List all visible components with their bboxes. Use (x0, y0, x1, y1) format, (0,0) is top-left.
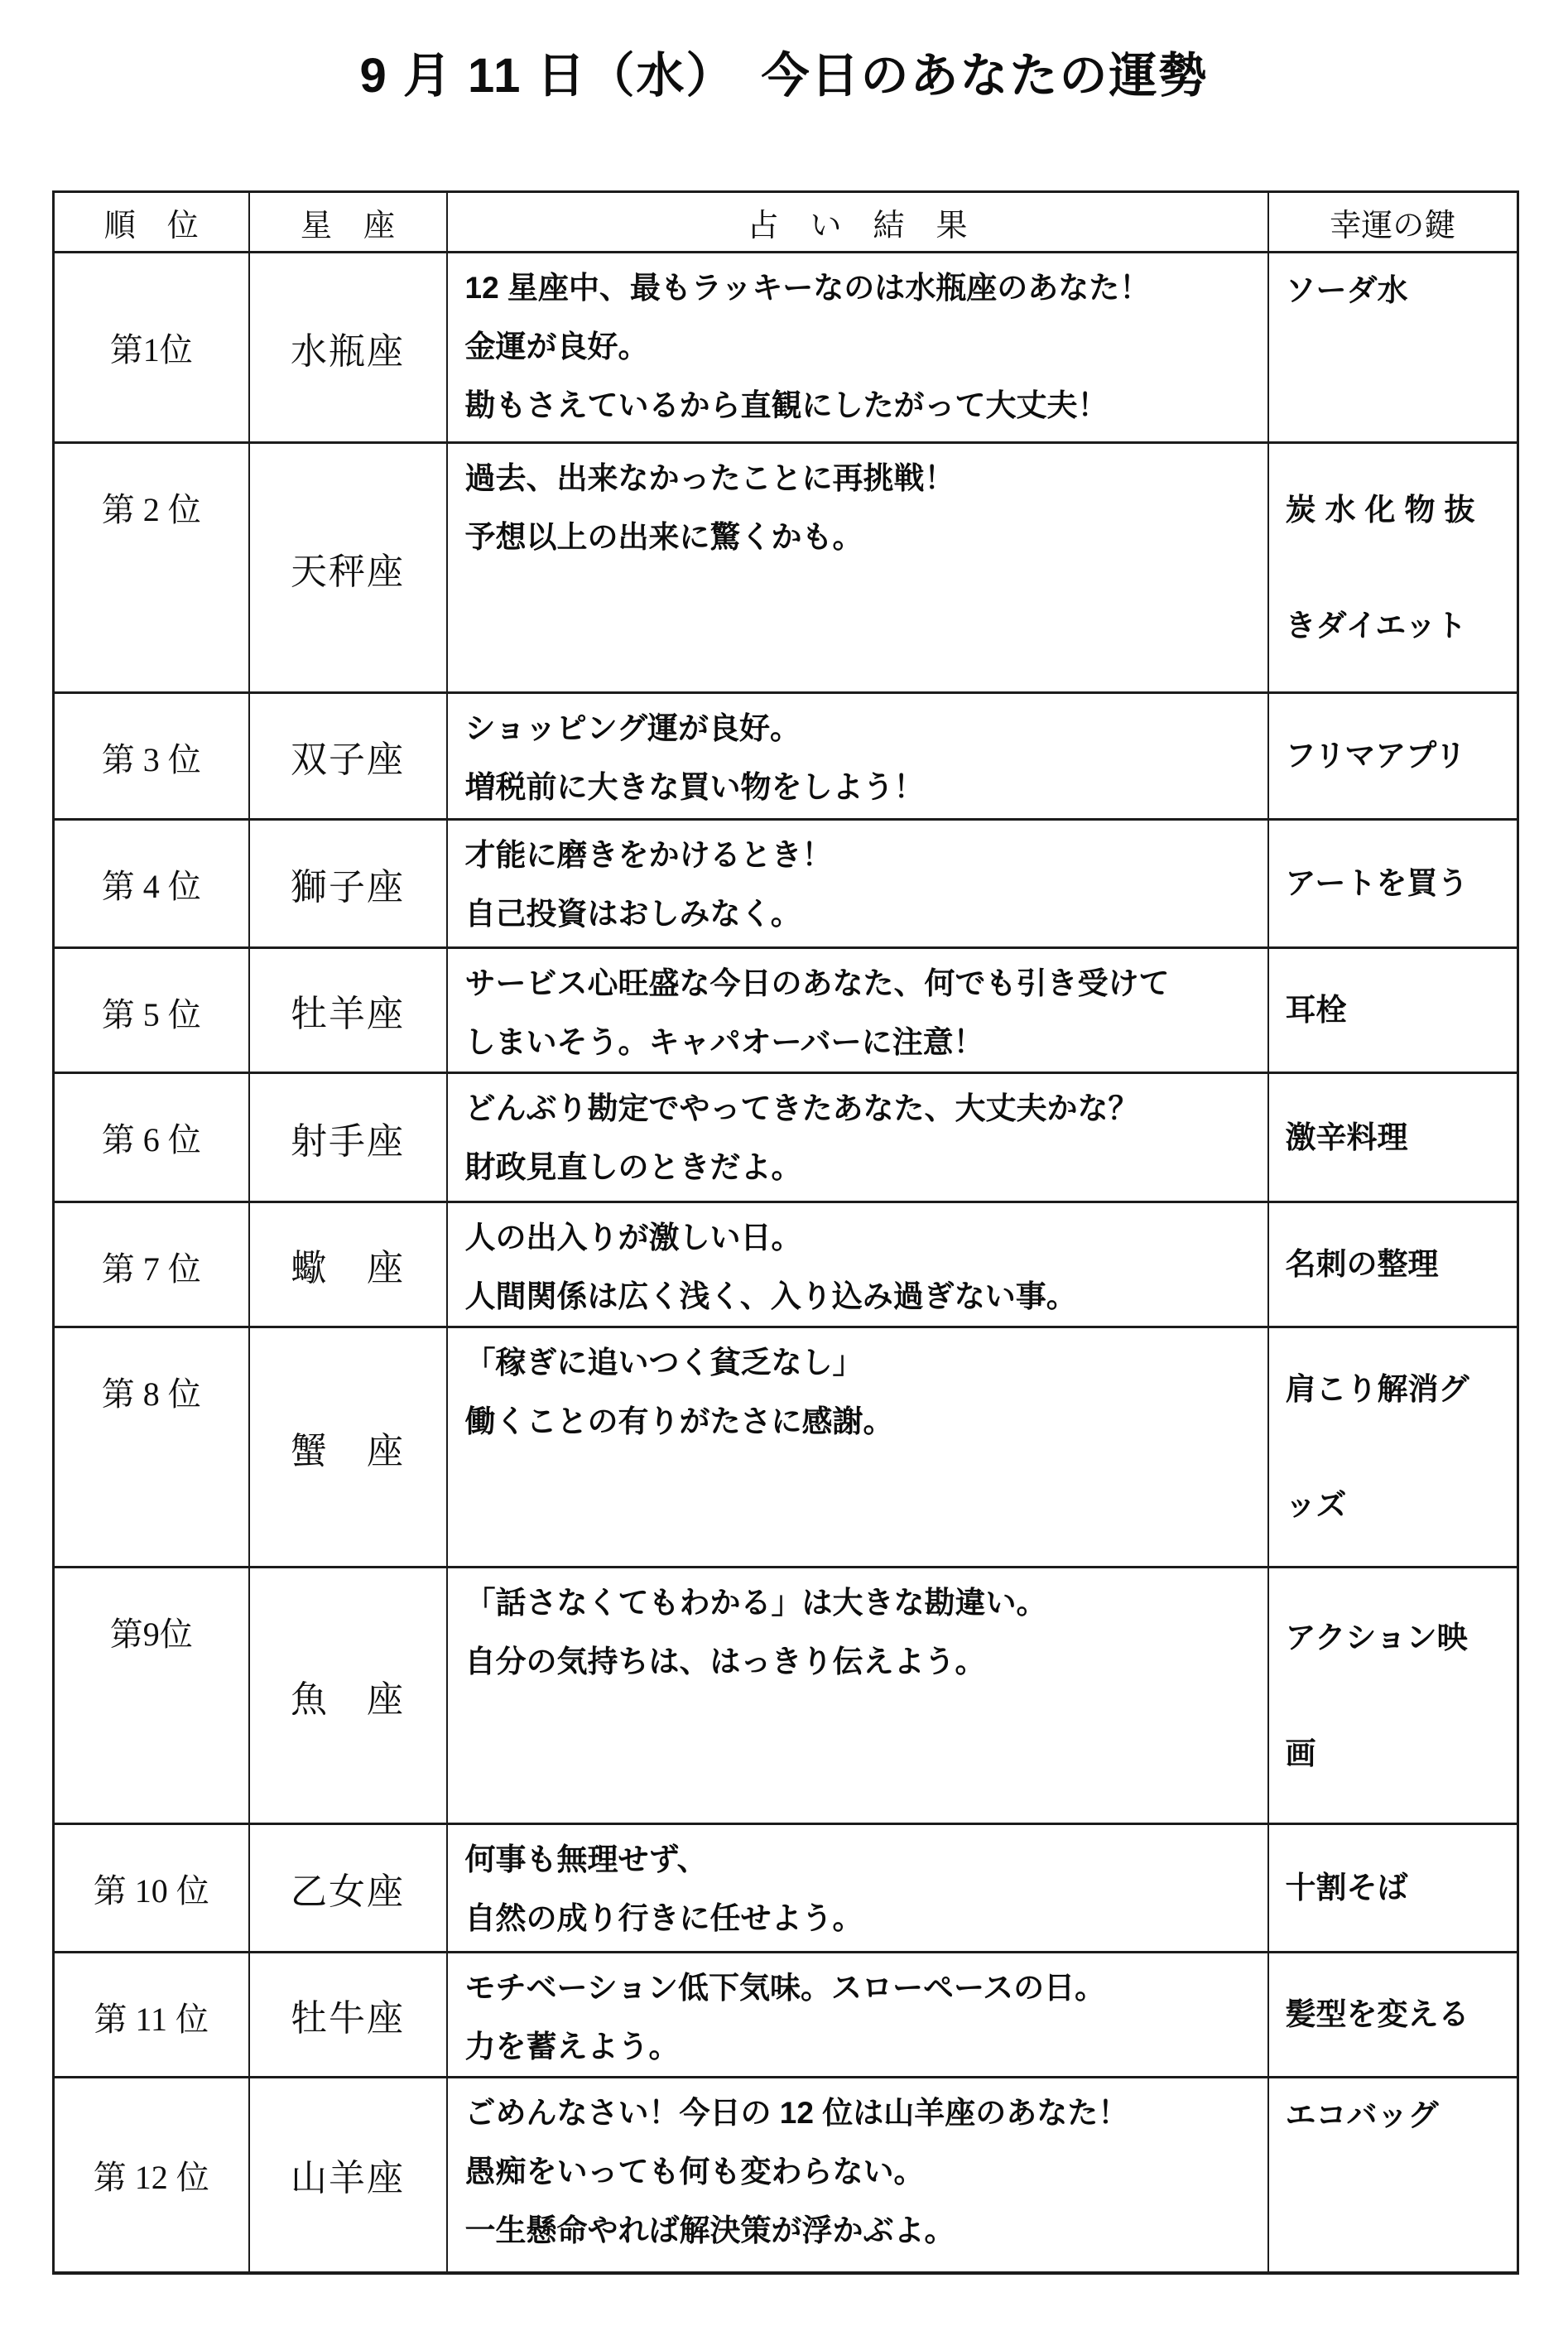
lucky-cell: 髪型を変える (1268, 1953, 1518, 2078)
table-row: 第 2 位 天秤座 過去、出来なかったことに再挑戦！予想以上の出来に驚くかも。 … (54, 443, 1518, 693)
sign-cell: 射手座 (249, 1073, 447, 1202)
fortune-line: 愚痴をいっても何も変わらない。 (465, 2142, 1261, 2201)
rank-cell: 第 11 位 (54, 1953, 249, 2078)
fortune-line: 自然の成り行きに任せよう。 (465, 1889, 1261, 1948)
header-sign: 星 座 (249, 192, 447, 253)
sign-cell: 獅子座 (249, 820, 447, 948)
lucky-line: ソーダ水 (1286, 270, 1513, 311)
table-row: 第 10 位 乙女座 何事も無理せず、自然の成り行きに任せよう。 十割そば (54, 1824, 1518, 1953)
fortune-line: 「稼ぎに追いつく貧乏なし」 (465, 1333, 1261, 1392)
page-title: 9 月 11 日（水） 今日のあなたの運勢 (0, 0, 1568, 106)
lucky-line: エコバッグ (1286, 2095, 1513, 2136)
lucky-cell: フリマアプリ (1268, 693, 1518, 820)
sign-cell: 蠍 座 (249, 1202, 447, 1327)
lucky-line: ッズ (1286, 1447, 1513, 1563)
fortune-cell: 才能に磨きをかけるとき！自己投資はおしみなく。 (447, 820, 1268, 948)
lucky-cell: アートを買う (1268, 820, 1518, 948)
fortune-cell: ごめんなさい！今日の 12 位は山羊座のあなた！愚痴をいっても何も変わらない。一… (447, 2078, 1268, 2273)
fortune-line: 金運が良好。 (465, 317, 1261, 376)
rank-cell: 第 8 位 (54, 1327, 249, 1568)
lucky-cell: 激辛料理 (1268, 1073, 1518, 1202)
fortune-cell: サービス心旺盛な今日のあなた、何でも引き受けてしまいそう。キャパオーバーに注意！ (447, 948, 1268, 1073)
header-rank: 順 位 (54, 192, 249, 253)
fortune-line: サービス心旺盛な今日のあなた、何でも引き受けて (465, 954, 1261, 1013)
rank-cell: 第1位 (54, 253, 249, 443)
lucky-cell: 炭水化物抜きダイエット (1268, 443, 1518, 693)
table-row: 第 5 位 牡羊座 サービス心旺盛な今日のあなた、何でも引き受けてしまいそう。キ… (54, 948, 1518, 1073)
sign-cell: 牡牛座 (249, 1953, 447, 2078)
sign-cell: 魚 座 (249, 1568, 447, 1824)
rank-cell: 第 7 位 (54, 1202, 249, 1327)
lucky-line: 画 (1286, 1696, 1513, 1812)
lucky-line: フリマアプリ (1286, 735, 1513, 777)
table-row: 第9位 魚 座 「話さなくてもわかる」は大きな勘違い。自分の気持ちは、はっきり伝… (54, 1568, 1518, 1824)
table-body: 第1位 水瓶座 12 星座中、最もラッキーなのは水瓶座のあなた！金運が良好。勘も… (54, 253, 1518, 2273)
lucky-line: 激辛料理 (1286, 1117, 1513, 1158)
sign-cell: 水瓶座 (249, 253, 447, 443)
rank-cell: 第 3 位 (54, 693, 249, 820)
fortune-cell: 「話さなくてもわかる」は大きな勘違い。自分の気持ちは、はっきり伝えよう。 (447, 1568, 1268, 1824)
sign-cell: 牡羊座 (249, 948, 447, 1073)
rank-cell: 第 12 位 (54, 2078, 249, 2273)
fortune-line: 12 星座中、最もラッキーなのは水瓶座のあなた！ (465, 258, 1261, 317)
table-row: 第1位 水瓶座 12 星座中、最もラッキーなのは水瓶座のあなた！金運が良好。勘も… (54, 253, 1518, 443)
lucky-cell: エコバッグ (1268, 2078, 1518, 2273)
fortune-line: 人間関係は広く浅く、入り込み過ぎない事。 (465, 1267, 1261, 1326)
rank-cell: 第 2 位 (54, 443, 249, 693)
lucky-line: 肩こり解消グ (1286, 1332, 1513, 1447)
fortune-line: 財政見直しのときだよ。 (465, 1138, 1261, 1197)
lucky-line: アートを買う (1286, 863, 1513, 904)
fortune-cell: ショッピング運が良好。増税前に大きな買い物をしよう！ (447, 693, 1268, 820)
fortune-line: どんぶり勘定でやってきたあなた、大丈夫かな？ (465, 1079, 1261, 1138)
lucky-cell: 耳栓 (1268, 948, 1518, 1073)
sign-cell: 蟹 座 (249, 1327, 447, 1568)
page: { "title": "9 月 11 日（水） 今日のあなたの運勢", "tab… (0, 0, 1568, 2331)
fortune-line: 何事も無理せず、 (465, 1830, 1261, 1889)
fortune-cell: 何事も無理せず、自然の成り行きに任せよう。 (447, 1824, 1268, 1953)
table-row: 第 4 位 獅子座 才能に磨きをかけるとき！自己投資はおしみなく。 アートを買う (54, 820, 1518, 948)
fortune-cell: モチベーション低下気味。スローペースの日。力を蓄えよう。 (447, 1953, 1268, 2078)
fortune-line: モチベーション低下気味。スローペースの日。 (465, 1958, 1261, 2017)
header-lucky: 幸運の鍵 (1268, 192, 1518, 253)
lucky-line: きダイエット (1286, 568, 1513, 684)
lucky-line: 耳栓 (1286, 990, 1513, 1031)
table-row: 第 8 位 蟹 座 「稼ぎに追いつく貧乏なし」働くことの有りがたさに感謝。 肩こ… (54, 1327, 1518, 1568)
sign-cell: 乙女座 (249, 1824, 447, 1953)
fortune-line: 過去、出来なかったことに再挑戦！ (465, 449, 1261, 508)
fortune-cell: どんぶり勘定でやってきたあなた、大丈夫かな？財政見直しのときだよ。 (447, 1073, 1268, 1202)
table-row: 第 12 位 山羊座 ごめんなさい！今日の 12 位は山羊座のあなた！愚痴をいっ… (54, 2078, 1518, 2273)
sign-cell: 双子座 (249, 693, 447, 820)
fortune-line: 才能に磨きをかけるとき！ (465, 826, 1261, 884)
fortune-line: 勘もさえているから直観にしたがって大丈夫！ (465, 376, 1261, 435)
fortune-cell: 12 星座中、最もラッキーなのは水瓶座のあなた！金運が良好。勘もさえているから直… (447, 253, 1268, 443)
fortune-line: 働くことの有りがたさに感謝。 (465, 1392, 1261, 1451)
lucky-cell: ソーダ水 (1268, 253, 1518, 443)
fortune-line: 一生懸命やれば解決策が浮かぶよ。 (465, 2201, 1261, 2260)
table-row: 第 7 位 蠍 座 人の出入りが激しい日。人間関係は広く浅く、入り込み過ぎない事… (54, 1202, 1518, 1327)
fortune-cell: 過去、出来なかったことに再挑戦！予想以上の出来に驚くかも。 (447, 443, 1268, 693)
fortune-cell: 「稼ぎに追いつく貧乏なし」働くことの有りがたさに感謝。 (447, 1327, 1268, 1568)
table-row: 第 6 位 射手座 どんぶり勘定でやってきたあなた、大丈夫かな？財政見直しのとき… (54, 1073, 1518, 1202)
fortune-line: 力を蓄えよう。 (465, 2017, 1261, 2076)
lucky-line: 炭水化物抜 (1286, 452, 1513, 568)
fortune-line: 予想以上の出来に驚くかも。 (465, 508, 1261, 566)
fortune-line: 自分の気持ちは、はっきり伝えよう。 (465, 1632, 1261, 1691)
fortune-cell: 人の出入りが激しい日。人間関係は広く浅く、入り込み過ぎない事。 (447, 1202, 1268, 1327)
lucky-line: 名刺の整理 (1286, 1244, 1513, 1285)
header-row: 順 位 星 座 占 い 結 果 幸運の鍵 (54, 192, 1518, 253)
lucky-line: アクション映 (1286, 1580, 1513, 1696)
lucky-line: 十割そば (1286, 1867, 1513, 1909)
header-result: 占 い 結 果 (447, 192, 1268, 253)
lucky-cell: 十割そば (1268, 1824, 1518, 1953)
rank-cell: 第 6 位 (54, 1073, 249, 1202)
lucky-line: 髪型を変える (1286, 1994, 1513, 2035)
lucky-cell: アクション映画 (1268, 1568, 1518, 1824)
table-row: 第 11 位 牡牛座 モチベーション低下気味。スローペースの日。力を蓄えよう。 … (54, 1953, 1518, 2078)
horoscope-table: 順 位 星 座 占 い 結 果 幸運の鍵 第1位 水瓶座 12 星座中、最もラッ… (52, 190, 1519, 2275)
rank-cell: 第 10 位 (54, 1824, 249, 1953)
fortune-line: しまいそう。キャパオーバーに注意！ (465, 1013, 1261, 1072)
fortune-line: 「話さなくてもわかる」は大きな勘違い。 (465, 1573, 1261, 1632)
fortune-line: ショッピング運が良好。 (465, 699, 1261, 758)
fortune-line: 増税前に大きな買い物をしよう！ (465, 758, 1261, 816)
lucky-cell: 名刺の整理 (1268, 1202, 1518, 1327)
sign-cell: 天秤座 (249, 443, 447, 693)
rank-cell: 第 5 位 (54, 948, 249, 1073)
rank-cell: 第9位 (54, 1568, 249, 1824)
table-header: 順 位 星 座 占 い 結 果 幸運の鍵 (54, 192, 1518, 253)
fortune-line: 自己投資はおしみなく。 (465, 884, 1261, 943)
sign-cell: 山羊座 (249, 2078, 447, 2273)
lucky-cell: 肩こり解消グッズ (1268, 1327, 1518, 1568)
rank-cell: 第 4 位 (54, 820, 249, 948)
fortune-line: 人の出入りが激しい日。 (465, 1208, 1261, 1267)
fortune-line: ごめんなさい！今日の 12 位は山羊座のあなた！ (465, 2083, 1261, 2142)
table-row: 第 3 位 双子座 ショッピング運が良好。増税前に大きな買い物をしよう！ フリマ… (54, 693, 1518, 820)
